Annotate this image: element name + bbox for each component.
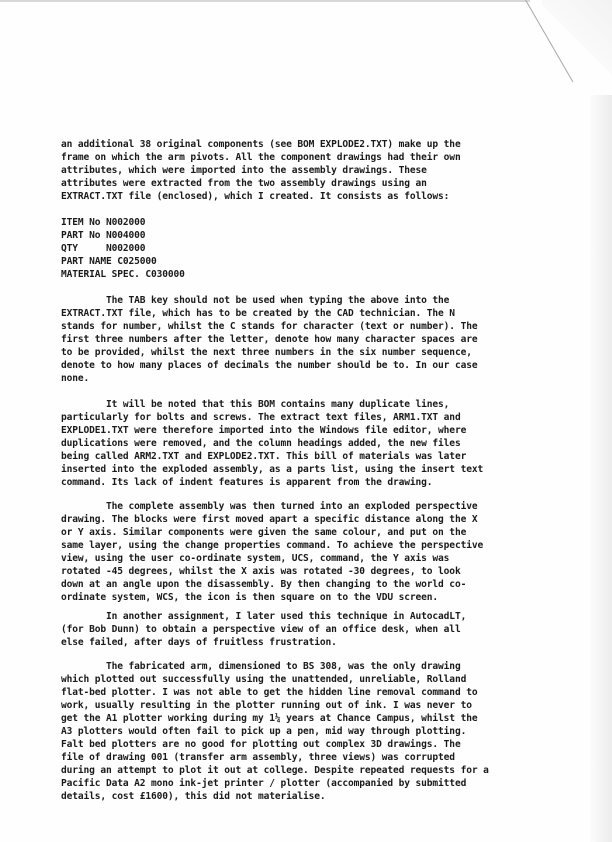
text-line: rotated -45 degrees, whilst the X axis w… [61, 565, 521, 578]
text-line: EXTRACT.TXT file (enclosed), which I cre… [61, 190, 521, 203]
text-line: being called ARM2.TXT and EXPLODE2.TXT. … [61, 450, 521, 463]
text-line: MATERIAL SPEC. C030000 [61, 268, 521, 281]
text-line: denote to how many places of decimals th… [61, 359, 521, 372]
text-line: The TAB key should not be used when typi… [61, 294, 521, 307]
page-right-edge-shadow [590, 95, 612, 842]
paragraph-bom-duplicates: It will be noted that this BOM contains … [61, 398, 521, 489]
text-line: frame on which the arm pivots. All the c… [61, 151, 521, 164]
page-top-edge [0, 0, 530, 2]
text-line: attributes, which were imported into the… [61, 164, 521, 177]
text-line: or Y axis. Similar components were given… [61, 526, 521, 539]
scanned-page: an additional 38 original components (se… [0, 0, 612, 842]
text-line: attributes were extracted from the two a… [61, 177, 521, 190]
text-line: ordinate system, WCS, the icon is then s… [61, 591, 521, 604]
text-line: EXPLODE1.TXT were therefore imported int… [61, 424, 521, 437]
text-line: ITEM No N002000 [61, 216, 521, 229]
text-line: stands for number, whilst the C stands f… [61, 320, 521, 333]
text-line: (for Bob Dunn) to obtain a perspective v… [61, 623, 521, 636]
text-line: to be provided, whilst the next three nu… [61, 346, 521, 359]
paragraph-fabricated-arm: The fabricated arm, dimensioned to BS 30… [61, 660, 521, 803]
text-line: command. Its lack of indent features is … [61, 476, 521, 489]
text-line: It will be noted that this BOM contains … [61, 398, 521, 411]
text-line: inserted into the exploded assembly, as … [61, 463, 521, 476]
text-line: A3 plotters would often fail to pick up … [61, 725, 521, 738]
text-line: else failed, after days of fruitless fru… [61, 636, 521, 649]
paragraph-intro: an additional 38 original components (se… [61, 138, 521, 203]
document-body: an additional 38 original components (se… [61, 138, 521, 803]
paragraph-exploded-perspective: The complete assembly was then turned in… [61, 500, 521, 604]
text-line: flat-bed plotter. I was not able to get … [61, 686, 521, 699]
text-line: get the A1 plotter working during my 1¼ … [61, 712, 521, 725]
text-line: PART No N004000 [61, 229, 521, 242]
text-line: none. [61, 372, 521, 385]
text-line: In another assignment, I later used this… [61, 610, 521, 623]
text-line: drawing. The blocks were first moved apa… [61, 513, 521, 526]
paragraph-another-assignment: In another assignment, I later used this… [61, 610, 521, 649]
text-line: EXTRACT.TXT file, which has to be create… [61, 307, 521, 320]
text-line: down at an angle upon the disassembly. B… [61, 578, 521, 591]
text-line: particularly for bolts and screws. The e… [61, 411, 521, 424]
text-line: work, usually resulting in the plotter r… [61, 699, 521, 712]
text-line: QTY N002000 [61, 242, 521, 255]
text-line: view, using the user co-ordinate system,… [61, 552, 521, 565]
text-line: PART NAME C025000 [61, 255, 521, 268]
text-line: which plotted out successfully using the… [61, 673, 521, 686]
extract-spec-list: ITEM No N002000PART No N004000QTY N00200… [61, 216, 521, 281]
text-line: duplications were removed, and the colum… [61, 437, 521, 450]
text-line: Falt bed plotters are no good for plotti… [61, 738, 521, 751]
text-line: first three numbers after the letter, de… [61, 333, 521, 346]
text-line: details, cost £1600), this did not mater… [61, 790, 521, 803]
text-line: Pacific Data A2 mono ink-jet printer / p… [61, 777, 521, 790]
text-line: same layer, using the change properties … [61, 539, 521, 552]
text-line: The complete assembly was then turned in… [61, 500, 521, 513]
paragraph-tab-key: The TAB key should not be used when typi… [61, 294, 521, 385]
text-line: file of drawing 001 (transfer arm assemb… [61, 751, 521, 764]
text-line: The fabricated arm, dimensioned to BS 30… [61, 660, 521, 673]
text-line: during an attempt to plot it out at coll… [61, 764, 521, 777]
text-line: an additional 38 original components (se… [61, 138, 521, 151]
